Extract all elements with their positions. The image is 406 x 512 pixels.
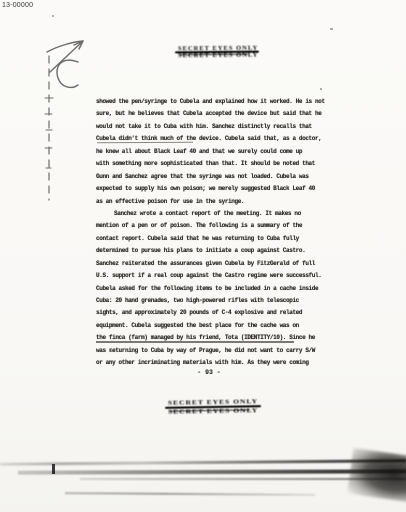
typewritten-line: would not take it to Cuba with him. Sanc… [96, 121, 324, 133]
typewritten-line: Cubela didn't think much of the device. … [96, 133, 324, 145]
underline-artifact [97, 141, 193, 143]
scan-speck [52, 15, 54, 17]
document-body: showed the pen/syringe to Cubela and exp… [96, 96, 324, 370]
scanned-document-page: 13-00000 SECRET EYES ONLY SECRET EYES ON… [0, 0, 406, 512]
typewritten-line: U.S. support if a real coup against the … [96, 270, 324, 282]
typewritten-line: Cubela asked for the following items to … [96, 283, 324, 295]
page-number: - 93 - [96, 369, 322, 376]
typewritten-line: was returning to Cuba by way of Prague, … [96, 345, 324, 357]
document-id: 13-00000 [2, 2, 33, 9]
typewritten-line: Sanchez wrote a contact report of the me… [96, 208, 324, 220]
scan-noise-streak [18, 469, 406, 474]
pen-annotation-mark [38, 28, 102, 210]
scan-speck [320, 88, 322, 90]
typewritten-line: Cuba: 20 hand grenades, two high-powered… [96, 295, 324, 307]
scan-noise-streak [0, 459, 406, 465]
typewritten-line: equipment. Cubela suggested the best pla… [96, 320, 324, 332]
typewritten-line: expected to supply his own poison; we me… [96, 183, 324, 195]
typewritten-line: the finca (farm) managed by his friend, … [96, 332, 324, 344]
typewritten-line: with something more sophisticated than t… [96, 158, 324, 170]
classification-stamp-bottom: SECRET EYES ONLY SECRET EYES ONLY [168, 397, 258, 416]
typewritten-line: sights, and approximately 20 pounds of C… [96, 307, 324, 319]
scan-speck [110, 350, 113, 352]
scan-speck [330, 28, 333, 30]
scan-ink-tick [52, 464, 55, 474]
scan-corner-blob [347, 448, 406, 502]
typewritten-line: or any other incriminating materials wit… [96, 357, 324, 369]
underline-artifact [96, 341, 294, 343]
scan-noise-streak [65, 492, 315, 496]
typewritten-line: determined to pursue his plans to initia… [96, 245, 324, 257]
classification-stamp-top: SECRET EYES ONLY SECRET EYES ONLY [178, 45, 256, 60]
typewritten-line: as an effective poison for use in the sy… [96, 196, 324, 208]
typewritten-line: mention of a pen or of poison. The follo… [96, 220, 324, 232]
typewritten-line: showed the pen/syringe to Cubela and exp… [96, 96, 324, 108]
typewritten-line: he knew all about Black Leaf 40 and that… [96, 146, 324, 158]
typewritten-line: contact report. Cubela said that he was … [96, 233, 324, 245]
typewritten-line: Gunn and Sanchez agree that the syringe … [96, 171, 324, 183]
typewritten-line: Sanchez reiterated the assurances given … [96, 258, 324, 270]
typewritten-line: sure, but he believes that Cubela accept… [96, 108, 324, 120]
